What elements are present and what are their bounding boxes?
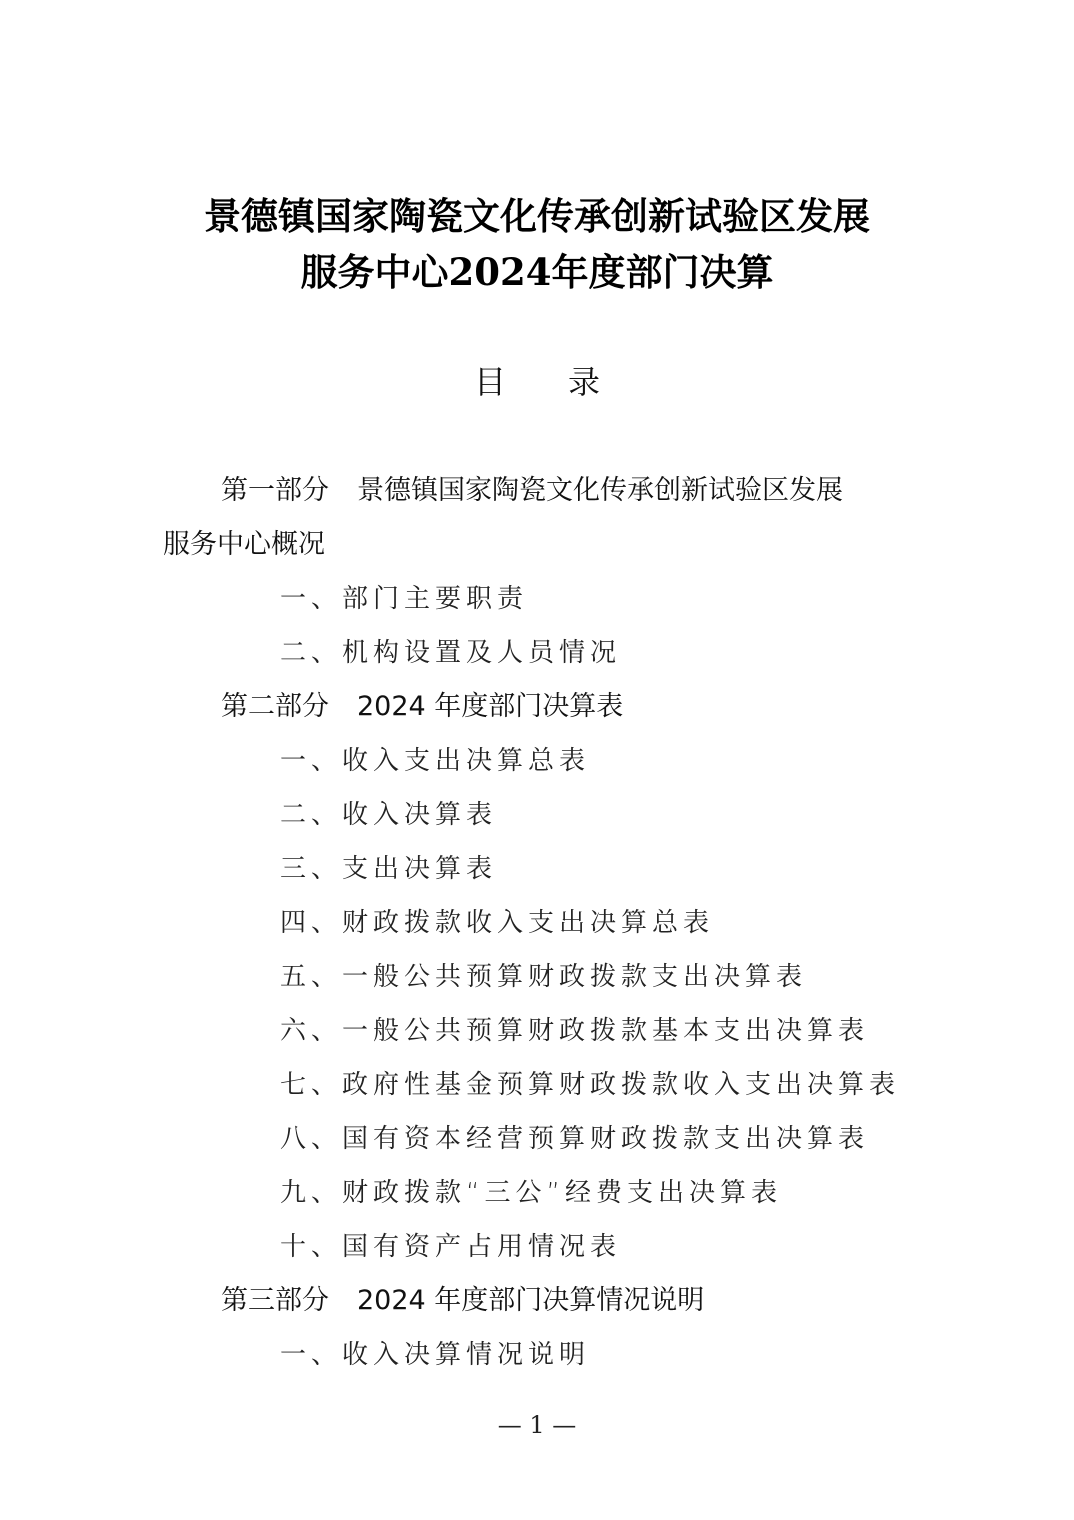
part-label: 第三部分 [221, 1285, 329, 1316]
part-title: 2024 年度部门决算表 [357, 691, 623, 722]
toc-heading: 目录 [0, 362, 1074, 402]
toc-item[interactable]: 一、部门主要职责 [280, 582, 528, 616]
toc-part-3-heading[interactable]: 第三部分2024 年度部门决算情况说明 [221, 1284, 704, 1318]
toc-item[interactable]: 八、国有资本经营预算财政拨款支出决算表 [280, 1122, 869, 1156]
part-label: 第二部分 [221, 691, 329, 722]
toc-item[interactable]: 九、财政拨款“三公”经费支出决算表 [280, 1176, 782, 1210]
toc-item[interactable]: 十、国有资产占用情况表 [280, 1230, 621, 1264]
toc-item[interactable]: 七、政府性基金预算财政拨款收入支出决算表 [280, 1068, 900, 1102]
toc-item[interactable]: 一、收入支出决算总表 [280, 744, 590, 778]
toc-part-2-heading[interactable]: 第二部分2024 年度部门决算表 [221, 690, 623, 724]
toc-item[interactable]: 六、一般公共预算财政拨款基本支出决算表 [280, 1014, 869, 1048]
toc-item[interactable]: 一、收入决算情况说明 [280, 1338, 590, 1372]
toc-part-1-heading-continued[interactable]: 服务中心概况 [163, 528, 325, 562]
toc-item[interactable]: 二、机构设置及人员情况 [280, 636, 621, 670]
document-title-line-1: 景德镇国家陶瓷文化传承创新试验区发展 [0, 196, 1074, 236]
toc-part-1-heading[interactable]: 第一部分景德镇国家陶瓷文化传承创新试验区发展 [221, 474, 843, 508]
part-title: 2024 年度部门决算情况说明 [357, 1285, 704, 1316]
document-title-line-2: 服务中心2024年度部门决算 [0, 252, 1074, 292]
toc-heading-char-2: 录 [568, 363, 600, 401]
toc-heading-char-1: 目 [474, 363, 506, 401]
toc-item[interactable]: 四、财政拨款收入支出决算总表 [280, 906, 714, 940]
part-label: 第一部分 [221, 475, 329, 506]
page-number: — 1 — [0, 1410, 1074, 1440]
toc-item[interactable]: 五、一般公共预算财政拨款支出决算表 [280, 960, 807, 994]
part-title: 景德镇国家陶瓷文化传承创新试验区发展 [357, 475, 843, 506]
toc-item[interactable]: 二、收入决算表 [280, 798, 497, 832]
toc-item[interactable]: 三、支出决算表 [280, 852, 497, 886]
